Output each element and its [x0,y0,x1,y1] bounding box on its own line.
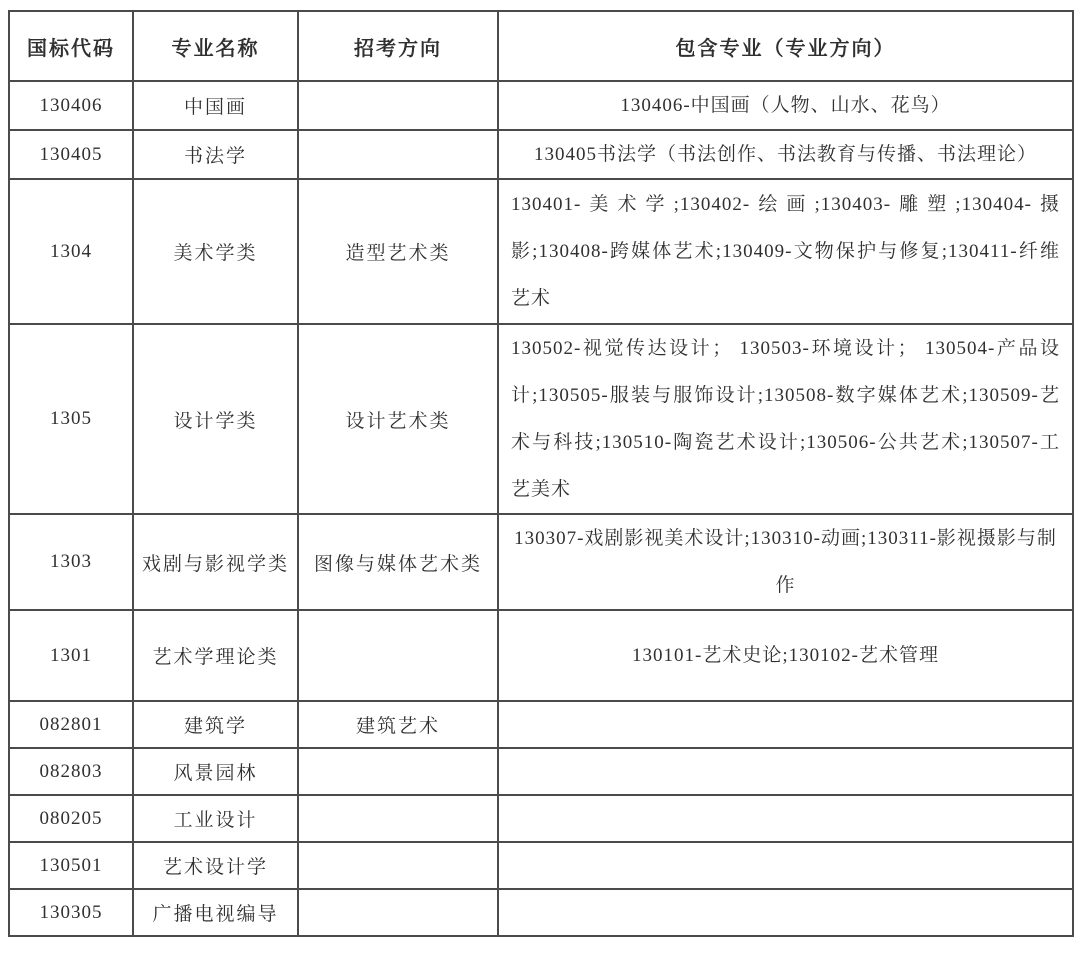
cell-code: 082801 [9,701,133,748]
cell-direction: 建筑艺术 [298,701,498,748]
cell-direction: 造型艺术类 [298,179,498,324]
table-row: 1305 设计学类 设计艺术类 130502-视觉传达设计； 130503-环境… [9,324,1073,514]
cell-majors [498,842,1073,889]
table-row: 130405 书法学 130405书法学（书法创作、书法教育与传播、书法理论） [9,130,1073,179]
cell-code: 130405 [9,130,133,179]
header-direction: 招考方向 [298,11,498,81]
cell-majors [498,889,1073,936]
cell-name: 艺术学理论类 [133,610,298,701]
cell-direction [298,795,498,842]
cell-majors: 130405书法学（书法创作、书法教育与传播、书法理论） [498,130,1073,179]
cell-direction: 图像与媒体艺术类 [298,514,498,610]
cell-direction [298,748,498,795]
cell-code: 1303 [9,514,133,610]
table-row: 1303 戏剧与影视学类 图像与媒体艺术类 130307-戏剧影视美术设计;13… [9,514,1073,610]
table-row: 082803 风景园林 [9,748,1073,795]
table-row: 1301 艺术学理论类 130101-艺术史论;130102-艺术管理 [9,610,1073,701]
cell-code: 082803 [9,748,133,795]
table-row: 080205 工业设计 [9,795,1073,842]
cell-name: 建筑学 [133,701,298,748]
table-row: 1304 美术学类 造型艺术类 130401-美术学;130402-绘画;130… [9,179,1073,324]
table-row: 130406 中国画 130406-中国画（人物、山水、花鸟） [9,81,1073,130]
cell-name: 风景园林 [133,748,298,795]
header-majors: 包含专业（专业方向） [498,11,1073,81]
cell-majors: 130406-中国画（人物、山水、花鸟） [498,81,1073,130]
cell-majors: 130401-美术学;130402-绘画;130403-雕塑;130404-摄影… [498,179,1073,324]
cell-majors [498,701,1073,748]
cell-code: 080205 [9,795,133,842]
header-name: 专业名称 [133,11,298,81]
cell-name: 美术学类 [133,179,298,324]
cell-direction [298,842,498,889]
cell-name: 设计学类 [133,324,298,514]
cell-name: 戏剧与影视学类 [133,514,298,610]
cell-code: 1305 [9,324,133,514]
header-code: 国标代码 [9,11,133,81]
cell-majors: 130307-戏剧影视美术设计;130310-动画;130311-影视摄影与制作 [498,514,1073,610]
cell-code: 130406 [9,81,133,130]
cell-direction [298,130,498,179]
table-row: 082801 建筑学 建筑艺术 [9,701,1073,748]
cell-direction [298,81,498,130]
cell-name: 广播电视编导 [133,889,298,936]
cell-name: 中国画 [133,81,298,130]
table-header-row: 国标代码 专业名称 招考方向 包含专业（专业方向） [9,11,1073,81]
cell-code: 130305 [9,889,133,936]
cell-majors: 130101-艺术史论;130102-艺术管理 [498,610,1073,701]
cell-direction: 设计艺术类 [298,324,498,514]
cell-majors [498,748,1073,795]
cell-code: 1304 [9,179,133,324]
cell-direction [298,889,498,936]
cell-code: 1301 [9,610,133,701]
cell-name: 艺术设计学 [133,842,298,889]
majors-table: 国标代码 专业名称 招考方向 包含专业（专业方向） 130406 中国画 130… [8,10,1074,937]
table-row: 130501 艺术设计学 [9,842,1073,889]
cell-majors: 130502-视觉传达设计； 130503-环境设计； 130504-产品设计;… [498,324,1073,514]
page: 国标代码 专业名称 招考方向 包含专业（专业方向） 130406 中国画 130… [0,0,1080,967]
cell-direction [298,610,498,701]
cell-code: 130501 [9,842,133,889]
table-row: 130305 广播电视编导 [9,889,1073,936]
cell-name: 书法学 [133,130,298,179]
cell-name: 工业设计 [133,795,298,842]
cell-majors [498,795,1073,842]
